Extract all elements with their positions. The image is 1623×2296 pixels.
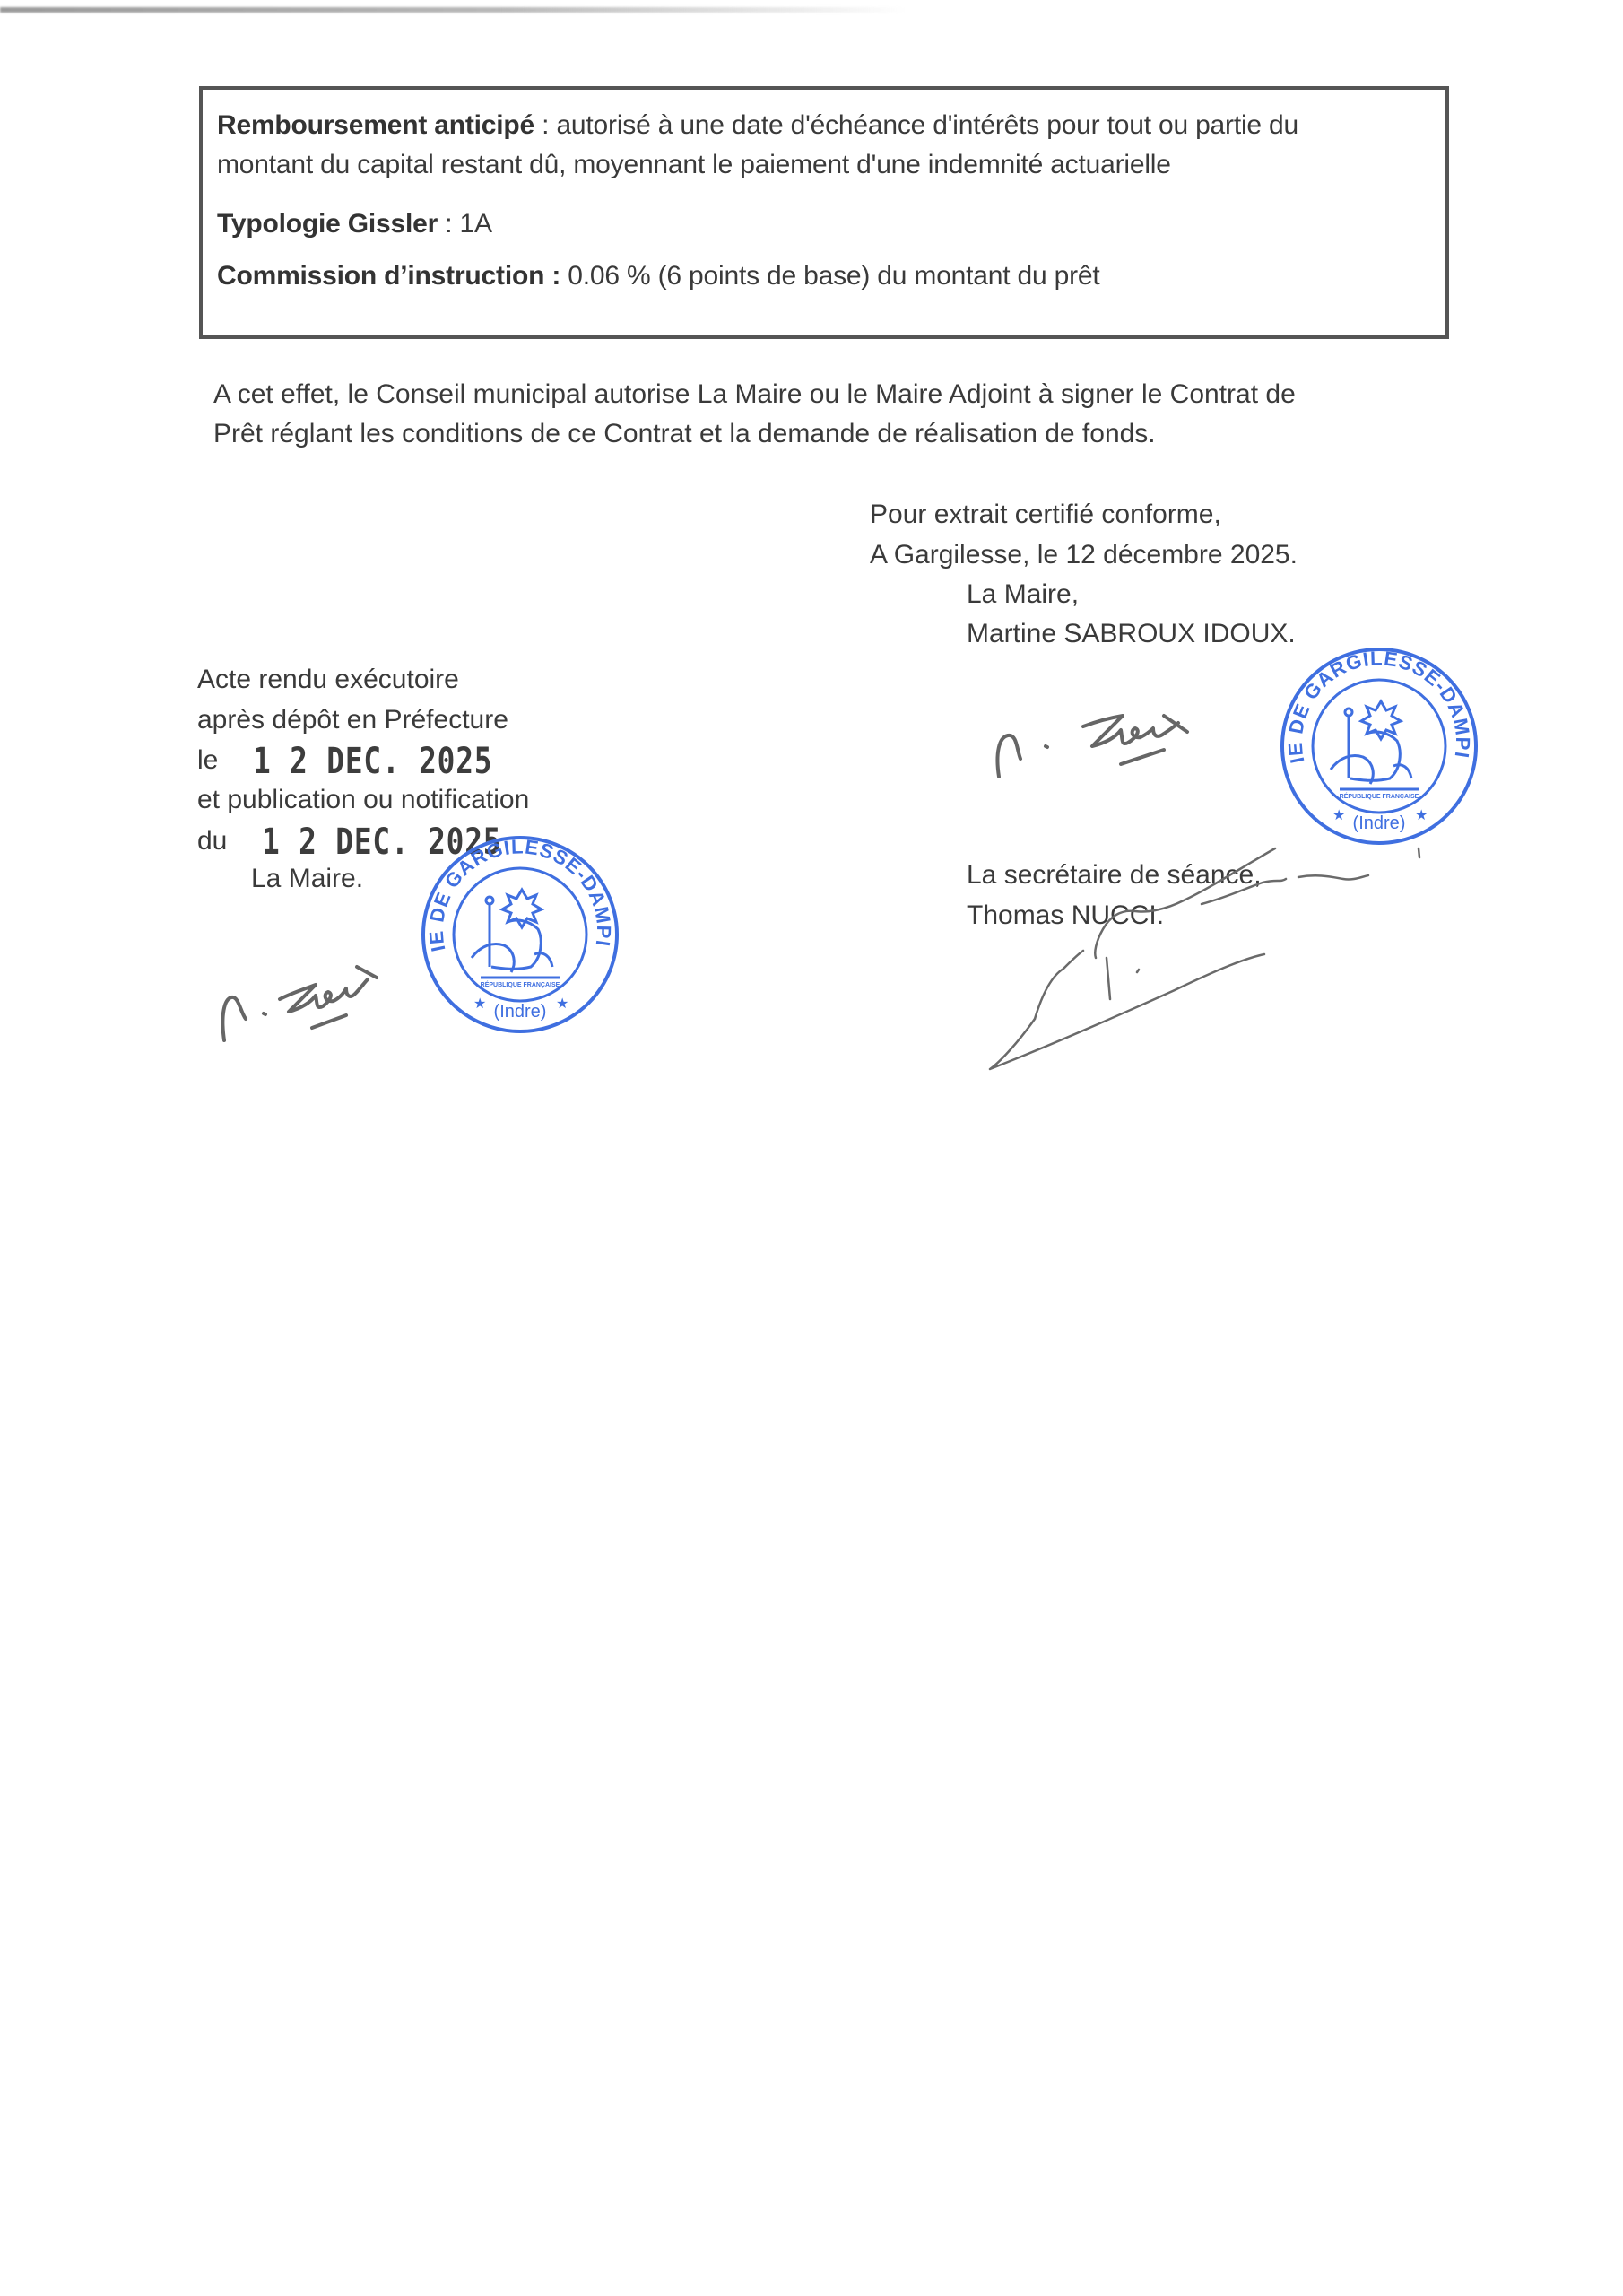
remboursement-text: autorisé à une date d'échéance d'intérêt… [556, 110, 1298, 140]
certification-name: Martine SABROUX IDOUX. [967, 618, 1296, 650]
svg-text:RÉPUBLIQUE FRANÇAISE: RÉPUBLIQUE FRANÇAISE [481, 980, 560, 988]
municipal-seal-left: MAIRIE DE GARGILESSE-DAMPIERRE (Indre) ★… [418, 832, 622, 1037]
secretary-signature [977, 843, 1462, 1076]
typologie-label: Typologie Gissler [217, 209, 438, 239]
mayor-signature-right [986, 691, 1202, 789]
remboursement-line-2: montant du capital restant dû, moyennant… [217, 149, 1171, 181]
svg-text:★: ★ [556, 996, 568, 1012]
authorization-line-2: Prêt réglant les conditions de ce Contra… [213, 418, 1156, 450]
scan-edge-shadow [0, 7, 906, 13]
svg-text:★: ★ [1415, 808, 1428, 823]
executory-du-label: du [197, 825, 227, 857]
commission-value: 0.06 % (6 points de base) du montant du … [560, 261, 1099, 291]
commission-label: Commission d’instruction : [217, 261, 560, 291]
certification-line-2: A Gargilesse, le 12 décembre 2025. [870, 539, 1298, 571]
svg-text:★: ★ [473, 996, 486, 1012]
svg-text:(Indre): (Indre) [494, 1002, 547, 1022]
deposit-date-stamp: 1 2 DEC. 2025 [253, 741, 492, 782]
executory-line-2: après dépôt en Préfecture [197, 704, 508, 736]
loan-terms-box: Remboursement anticipé : autorisé à une … [199, 86, 1449, 339]
remboursement-line-1: Remboursement anticipé : autorisé à une … [217, 109, 1298, 142]
municipal-seal-right: MAIRIE DE GARGILESSE-DAMPIERRE (Indre) ★… [1277, 644, 1481, 848]
certification-line-1: Pour extrait certifié conforme, [870, 499, 1221, 531]
executory-signatory: La Maire. [251, 863, 363, 895]
authorization-line-1: A cet effet, le Conseil municipal autori… [213, 378, 1296, 411]
executory-le-label: le [197, 744, 218, 777]
typologie-line: Typologie Gissler : 1A [217, 208, 492, 240]
certification-title: La Maire, [967, 578, 1079, 611]
svg-text:(Indre): (Indre) [1353, 813, 1406, 833]
commission-line: Commission d’instruction : 0.06 % (6 poi… [217, 260, 1100, 292]
executory-line-3: et publication ou notification [197, 784, 529, 816]
svg-text:RÉPUBLIQUE FRANÇAISE: RÉPUBLIQUE FRANÇAISE [1340, 792, 1419, 800]
typologie-value: 1A [460, 209, 492, 239]
remboursement-label: Remboursement anticipé [217, 110, 534, 140]
svg-text:★: ★ [1332, 808, 1345, 823]
executory-line-1: Acte rendu exécutoire [197, 664, 459, 696]
mayor-signature-left [212, 944, 409, 1051]
